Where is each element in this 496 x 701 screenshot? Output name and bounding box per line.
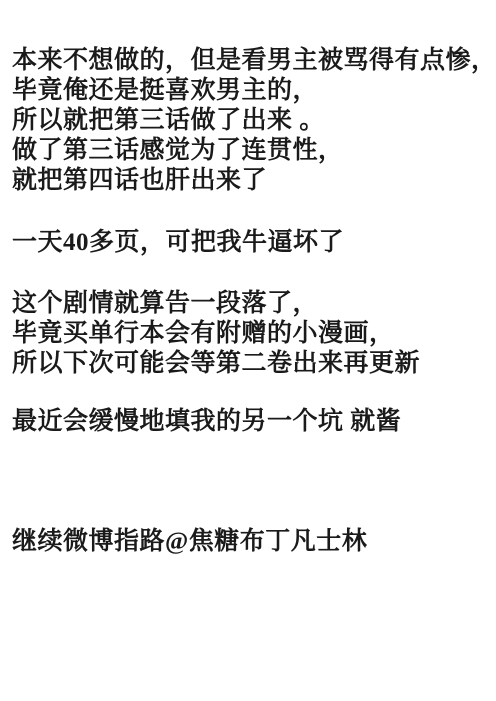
paragraph-pages-per-day: 一天40多页，可把我牛逼坏了 [12,228,488,258]
paragraph-intro: 本来不想做的，但是看男主被骂得有点惨， 毕竟俺还是挺喜欢男主的， 所以就把第三话… [12,46,488,196]
paragraph-weibo-handle: 继续微博指路@焦糖布丁凡士林 [12,527,488,557]
text-line: 就把第四话也肝出来了 [12,166,488,196]
text-line: 一天40多页，可把我牛逼坏了 [12,228,488,258]
text-line: 毕竟买单行本会有附赠的小漫画， [12,319,488,349]
text-line: 最近会缓慢地填我的另一个坑 就酱 [12,407,488,437]
paragraph-other-project: 最近会缓慢地填我的另一个坑 就酱 [12,407,488,437]
text-line: 做了第三话感觉为了连贯性， [12,136,488,166]
text-line: 毕竟俺还是挺喜欢男主的， [12,76,488,106]
text-line: 所以下次可能会等第二卷出来再更新 [12,349,488,379]
text-line: 所以就把第三话做了出来 。 [12,106,488,136]
paragraph-story-arc: 这个剧情就算告一段落了， 毕竟买单行本会有附赠的小漫画， 所以下次可能会等第二卷… [12,289,488,379]
text-line: 继续微博指路@焦糖布丁凡士林 [12,527,488,557]
afterword-page: 本来不想做的，但是看男主被骂得有点惨， 毕竟俺还是挺喜欢男主的， 所以就把第三话… [0,0,496,701]
text-line: 这个剧情就算告一段落了， [12,289,488,319]
text-line: 本来不想做的，但是看男主被骂得有点惨， [12,46,488,76]
